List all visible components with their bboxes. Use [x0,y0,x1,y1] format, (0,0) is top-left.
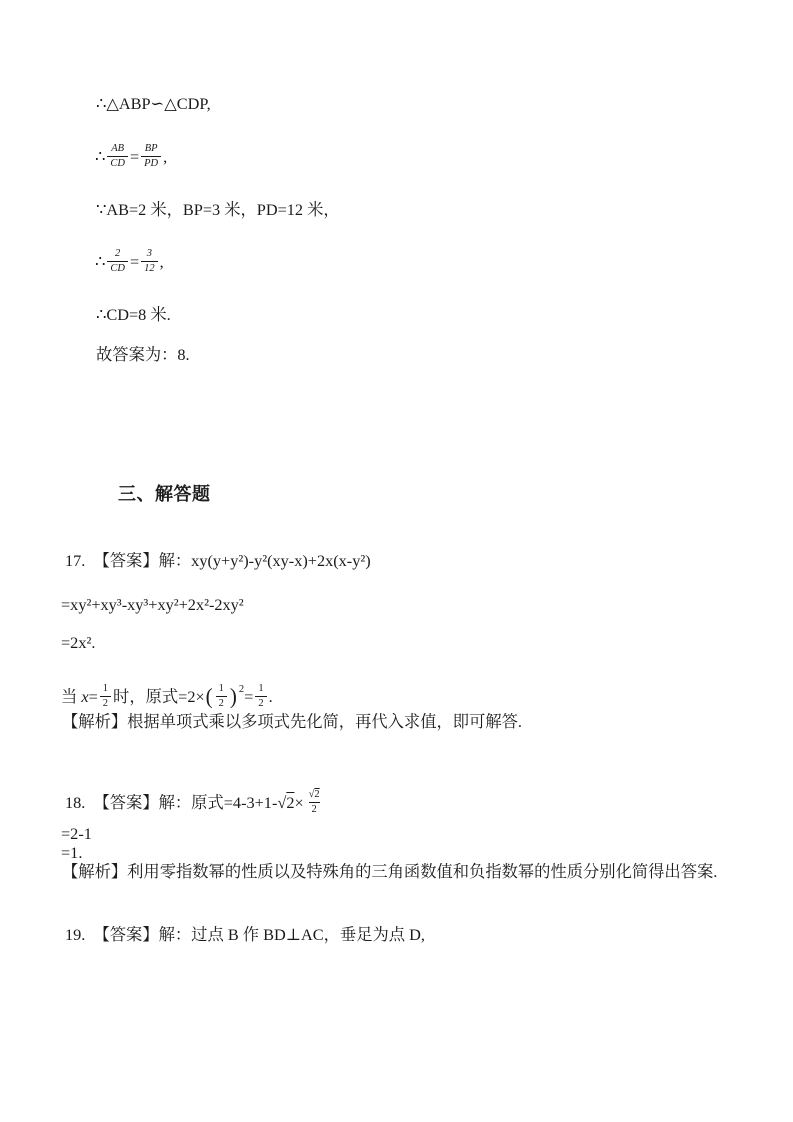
fraction-denominator: 2 [309,802,320,816]
fraction-numerator: √2 [306,789,323,802]
document-page: ∴△ABP∽△CDP, ∴ AB CD = BP PD , ∵AB=2 米，BP… [0,0,793,1122]
q17-substitution-line: 当 x = 1 2 时，原式=2× ( 1 2 ) 2 = 1 2 . [61,683,273,710]
fraction-one-half: 1 2 [100,683,111,710]
fraction-numerator: 1 [216,683,227,696]
text-expression: 时，原式=2× [113,687,205,706]
fraction-one-half: 1 2 [255,683,266,710]
fraction-numerator: 2 [112,248,123,261]
q17-answer-line-3: =2x². [61,633,95,652]
radicand: 2 [286,793,294,812]
fraction-2-cd: 2 CD [107,248,128,275]
text-when: 当 [61,687,81,706]
fraction-numerator: BP [142,143,161,156]
q17-analysis: 【解析】根据单项式乘以多项式先化简，再代入求值，即可解答. [62,712,522,731]
fraction-ab-cd: AB CD [107,143,128,170]
q18-analysis: 【解析】利用零指数幂的性质以及特殊角的三角函数值和负指数幂的性质分别化简得出答案… [62,862,717,881]
line-final-answer: 故答案为：8. [96,345,190,364]
fraction-denominator: CD [107,261,128,275]
q18-answer-line-3: =1. [61,843,82,862]
therefore-symbol: ∴ [95,252,105,271]
open-paren: ( [206,685,213,707]
variable-x: x [81,687,88,706]
fraction-numerator: 3 [144,248,155,261]
radicand: 2 [314,789,319,800]
line-given-lengths: ∵AB=2 米，BP=3 米，PD=12 米， [96,200,340,219]
q17-answer-line-2: =xy²+xy³-xy³+xy²+2x²-2xy² [61,595,244,614]
fraction-denominator: 12 [141,261,158,275]
line-ratio-letters: ∴ AB CD = BP PD , [95,143,167,170]
period: . [269,687,273,706]
fraction-numerator: AB [108,143,127,156]
fraction-denominator: 2 [100,696,111,710]
equals-sign: = [89,687,98,706]
equals-sign: = [244,687,253,706]
line-similar-triangles: ∴△ABP∽△CDP, [96,94,211,113]
fraction-bp-pd: BP PD [141,143,161,170]
fraction-3-12: 3 12 [141,248,158,275]
q19-answer-line-1: 19. 【答案】解：过点 B 作 BD⊥AC，垂足为点 D, [65,925,425,944]
fraction-one-half: 1 2 [216,683,227,710]
comma: , [163,147,167,166]
fraction-sqrt2-over-2: √2 2 [306,789,323,816]
line-cd-result: ∴CD=8 米. [96,305,171,324]
fraction-denominator: PD [141,156,161,170]
line-ratio-values: ∴ 2 CD = 3 12 , [95,248,164,275]
comma: , [160,252,164,271]
therefore-symbol: ∴ [95,147,105,166]
multiply-sign: × [294,793,303,812]
fraction-denominator: 2 [216,696,227,710]
close-paren: ) [230,685,237,707]
text-q18-lead: 18. 【答案】解：原式=4-3+1- [65,793,277,812]
equals-sign: = [130,147,139,166]
q18-answer-line-1: 18. 【答案】解：原式=4-3+1- √2 × √2 2 [65,789,325,816]
sqrt-radical: √2 [277,793,294,812]
fraction-numerator: 1 [100,683,111,696]
q18-answer-line-2: =2-1 [61,824,92,843]
q17-answer-line-1: 17. 【答案】解：xy(y+y²)-y²(xy-x)+2x(x-y²) [65,551,371,570]
equals-sign: = [130,252,139,271]
fraction-denominator: 2 [255,696,266,710]
exponent-2: 2 [239,684,244,696]
fraction-denominator: CD [107,156,128,170]
radical-sign: √ [277,793,286,812]
section-heading: 三、解答题 [118,484,211,505]
fraction-numerator: 1 [255,683,266,696]
